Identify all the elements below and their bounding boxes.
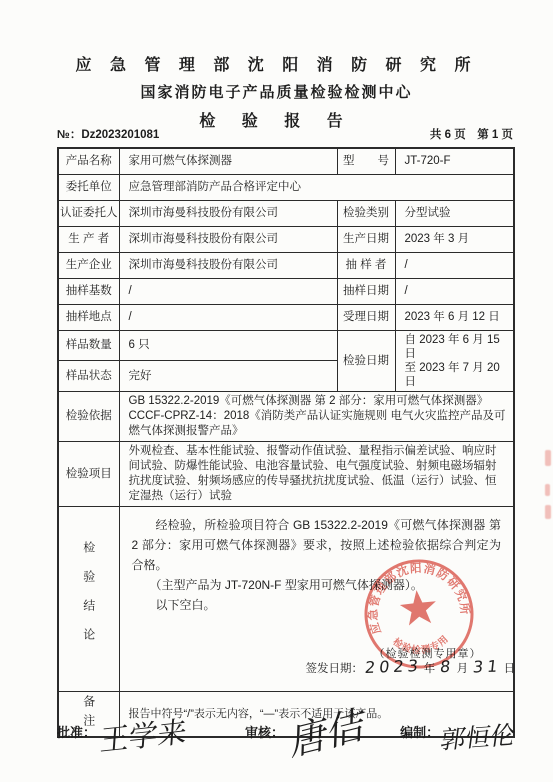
pagination: 共 6 页 第 1 页 [430, 126, 513, 142]
conclusion-vertical-label: 检验结论 [82, 541, 96, 657]
approve-group: 批准： 王学来 [57, 714, 187, 755]
sign-date-year-handwritten: 2023 [364, 659, 422, 675]
row-label: 检验日期 [337, 330, 395, 391]
row-label: 样品状态 [58, 361, 119, 392]
sample-state-value: 完好 [119, 361, 337, 392]
table-row-conclusion: 检验结论 经检验，所检验项目符合 GB 15322.2-2019《可燃气体探测器… [58, 506, 514, 691]
row-label: 抽样基数 [58, 278, 119, 304]
riding-seal-mark [545, 484, 550, 496]
prepare-label: 编制： [400, 714, 439, 741]
row-label: 检验项目 [58, 441, 119, 506]
row-label-conclusion: 检验结论 [58, 506, 119, 691]
test-type-value: 分型试验 [395, 200, 514, 226]
basis-value: GB 15322.2-2019《可燃气体探测器 第 2 部分：家用可燃气体探测器… [119, 391, 514, 441]
approver-signature: 王学来 [99, 709, 188, 760]
riding-seal-mark [545, 505, 551, 519]
prepare-group: 编制： 郭恒伦 [400, 714, 516, 754]
basis-line1: GB 15322.2-2019《可燃气体探测器 第 2 部分：家用可燃气体探测器… [129, 394, 508, 409]
row-label: 受理日期 [337, 304, 395, 330]
row-label: 检验依据 [58, 391, 119, 441]
items-text: 外观检查、基本性能试验、报警动作值试验、量程指示偏差试验、响应时间试验、防爆性能… [129, 444, 508, 504]
sign-date-line: 签发日期：2023年 8月 31日 [306, 660, 516, 676]
row-label: 委托单位 [58, 174, 119, 200]
row-label: 抽样日期 [337, 278, 395, 304]
test-date-value: 自 2023 年 6 月 15 日 至 2023 年 7 月 20 日 [395, 330, 514, 391]
model-value: JT-720-F [395, 148, 514, 174]
row-label: 产品名称 [58, 148, 119, 174]
sample-qty-value: 6 只 [119, 330, 337, 361]
row-label: 型 号 [337, 148, 395, 174]
preparer-signature: 郭恒伦 [438, 711, 519, 757]
sign-date-day-handwritten: 31 [473, 659, 503, 674]
conclusion-cell: 经检验，所检验项目符合 GB 15322.2-2019《可燃气体探测器 第 2 … [119, 506, 514, 691]
table-row: 产品名称 家用可燃气体探测器 型 号 JT-720-F [58, 148, 514, 174]
sign-date-month-handwritten: 8 [440, 659, 456, 673]
row-label: 检验类别 [337, 200, 395, 226]
report-page: 应 急 管 理 部 沈 阳 消 防 研 究 所 国家消防电子产品质量检验检测中心… [0, 0, 553, 782]
table-row: 生产企业 深圳市海曼科技股份有限公司 抽 样 者 / [58, 252, 514, 278]
table-row: 样品数量 6 只 检验日期 自 2023 年 6 月 15 日 至 2023 年… [58, 330, 514, 361]
manufacturer-value: 深圳市海曼科技股份有限公司 [119, 226, 337, 252]
row-label: 抽 样 者 [337, 252, 395, 278]
row-label: 认证委托人 [58, 200, 119, 226]
sampling-date-value: / [395, 278, 514, 304]
table-row-basis: 检验依据 GB 15322.2-2019《可燃气体探测器 第 2 部分：家用可燃… [58, 391, 514, 441]
report-header: 应 急 管 理 部 沈 阳 消 防 研 究 所 国家消防电子产品质量检验检测中心… [0, 52, 553, 131]
day-unit: 日 [504, 663, 516, 675]
product-name: 家用可燃气体探测器 [119, 148, 337, 174]
org-name-line2: 国家消防电子产品质量检验检测中心 [0, 81, 553, 102]
riding-seal-mark [545, 450, 551, 466]
approve-label: 批准： [57, 714, 96, 741]
row-label: 生产日期 [337, 226, 395, 252]
sampler-value: / [395, 252, 514, 278]
sampling-place-value: / [119, 304, 337, 330]
production-date-value: 2023 年 3 月 [395, 226, 514, 252]
row-label: 样品数量 [58, 330, 119, 361]
table-row-items: 检验项目 外观检查、基本性能试验、报警动作值试验、量程指示偏差试验、响应时间试验… [58, 441, 514, 506]
factory-value: 深圳市海曼科技股份有限公司 [119, 252, 337, 278]
row-label: 生产企业 [58, 252, 119, 278]
report-table: 产品名称 家用可燃气体探测器 型 号 JT-720-F 委托单位 应急管理部消防… [57, 147, 515, 738]
review-label: 审核： [245, 714, 284, 741]
table-row: 抽样基数 / 抽样日期 / [58, 278, 514, 304]
org-name-line1: 应 急 管 理 部 沈 阳 消 防 研 究 所 [0, 52, 553, 75]
table-row: 抽样地点 / 受理日期 2023 年 6 月 12 日 [58, 304, 514, 330]
acceptance-date-value: 2023 年 6 月 12 日 [395, 304, 514, 330]
test-date-line1: 自 2023 年 6 月 15 日 [405, 333, 508, 361]
basis-line2: CCCF-CPRZ-14：2018《消防类产品认证实施规则 电气火灾监控产品及可… [129, 409, 508, 439]
month-unit: 月 [457, 663, 469, 675]
conclusion-para2: （主型产品为 JT-720N-F 型家用可燃气体探测器）。 [132, 575, 502, 595]
conclusion-para1: 经检验，所检验项目符合 GB 15322.2-2019《可燃气体探测器 第 2 … [132, 515, 502, 575]
items-value: 外观检查、基本性能试验、报警动作值试验、量程指示偏差试验、响应时间试验、防爆性能… [119, 441, 514, 506]
applicant-value: 深圳市海曼科技股份有限公司 [119, 200, 337, 226]
row-label: 生 产 者 [58, 226, 119, 252]
sign-date-label: 签发日期： [306, 663, 364, 675]
review-group: 审核： 唐佶 [245, 714, 366, 754]
conclusion-para3: 以下空白。 [132, 595, 502, 615]
report-meta: №：Dz2023201081 共 6 页 第 1 页 [57, 126, 513, 142]
table-row: 生 产 者 深圳市海曼科技股份有限公司 生产日期 2023 年 3 月 [58, 226, 514, 252]
report-number: №：Dz2023201081 [57, 126, 159, 142]
row-label: 抽样地点 [58, 304, 119, 330]
table-row: 委托单位 应急管理部消防产品合格评定中心 [58, 174, 514, 200]
signature-row: 批准： 王学来 审核： 唐佶 编制： 郭恒伦 [57, 714, 527, 755]
year-unit: 年 [424, 663, 436, 675]
client-value: 应急管理部消防产品合格评定中心 [119, 174, 514, 200]
table-row: 认证委托人 深圳市海曼科技股份有限公司 检验类别 分型试验 [58, 200, 514, 226]
sample-base-value: / [119, 278, 337, 304]
test-date-line2: 至 2023 年 7 月 20 日 [405, 361, 508, 389]
